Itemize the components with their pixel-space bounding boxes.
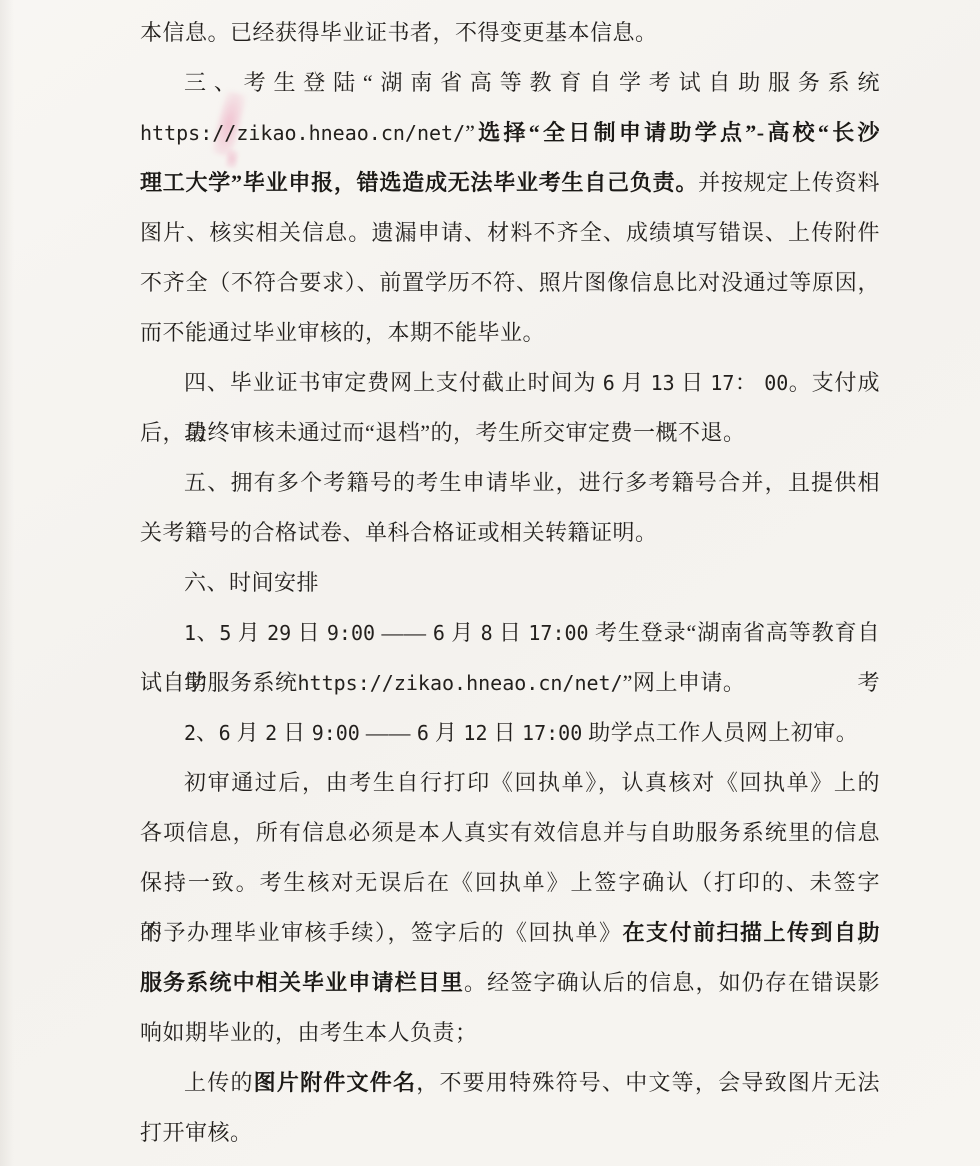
text-line: 而不能通过毕业审核的，本期不能毕业。 [140, 308, 880, 358]
latin-text-segment: 17:00 [528, 621, 588, 645]
text-line: 理工大学”毕业申报，错选造成无法毕业考生自己负责。并按规定上传资料 [140, 158, 880, 208]
text-line: 三、考生登陆“湖南省高等教育自学考试自助服务系统 [140, 58, 880, 108]
cjk-text-segment: 助学点工作人员网上初审。 [582, 720, 858, 745]
cjk-text-segment: ，不要用特殊符号、中文等，会导致图片无法 [416, 1070, 880, 1095]
latin-text-segment: 13 [651, 371, 675, 395]
latin-text-segment: 9:00 [327, 621, 375, 645]
latin-text-segment: 00 [764, 371, 788, 395]
cjk-text-segment: 响如期毕业的，由考生本人负责； [140, 1020, 478, 1045]
cjk-text-segment: —— [360, 720, 417, 745]
latin-text-segment: https://zikao.hneao.cn/net/ [298, 671, 623, 695]
text-line: 上传的图片附件文件名，不要用特殊符号、中文等，会导致图片无法 [140, 1058, 880, 1108]
cjk-text-segment: 日 [493, 620, 529, 645]
cjk-text-segment: 月 [231, 620, 267, 645]
text-line: 打开审核。 [140, 1108, 880, 1158]
cjk-text-segment: 不齐全（不符合要求）、前置学历不符、照片图像信息比对没通过等原因， [140, 270, 880, 295]
latin-text-segment: 17 [710, 371, 734, 395]
cjk-text-segment: 而不能通过毕业审核的，本期不能毕业。 [140, 320, 545, 345]
latin-text-segment: 1 [184, 621, 196, 645]
cjk-text-segment: 本信息。已经获得毕业证书者，不得变更基本信息。 [140, 20, 658, 45]
cjk-text-segment: 、 [196, 620, 219, 645]
cjk-text-segment: 日 [488, 720, 523, 745]
text-line: 保持一致。考生核对无误后在《回执单》上签字确认（打印的、未签字的， [140, 858, 880, 908]
latin-text-segment: 6 [433, 621, 445, 645]
latin-text-segment: 17:00 [522, 721, 582, 745]
text-line: 四、毕业证书审定费网上支付截止时间为 6 月 13 日 17： 00。支付成功 [140, 358, 880, 408]
latin-text-segment: 9:00 [312, 721, 360, 745]
latin-text-segment: 12 [463, 721, 487, 745]
latin-text-segment: 6 [417, 721, 429, 745]
cjk-text-segment: ” [465, 120, 475, 145]
text-line: 六、时间安排 [140, 558, 880, 608]
cjk-text-segment: 。经签字确认后的信息，如仍存在错误影 [464, 970, 880, 995]
cjk-text-segment: ”网上申请。 [623, 670, 746, 695]
cjk-text-segment: 上传的 [184, 1070, 254, 1095]
latin-text-segment: 29 [267, 621, 291, 645]
text-line: 不齐全（不符合要求）、前置学历不符、照片图像信息比对没通过等原因， [140, 258, 880, 308]
latin-text-segment: https://zikao.hneao.cn/net/ [140, 121, 465, 145]
cjk-text-segment: 选择“全日制申请助学点”-高校“长沙 [475, 120, 880, 145]
text-line: 2、6 月 2 日 9:00 —— 6 月 12 日 17:00 助学点工作人员… [140, 708, 880, 758]
latin-text-segment: 5 [219, 621, 231, 645]
cjk-text-segment: 关考籍号的合格试卷、单科合格证或相关转籍证明。 [140, 520, 658, 545]
latin-text-segment: 6 [603, 371, 615, 395]
text-line: 各项信息，所有信息必须是本人真实有效信息并与自助服务系统里的信息 [140, 808, 880, 858]
cjk-text-segment: 服务系统中相关毕业申请栏目里 [140, 970, 464, 995]
latin-text-segment: 2 [184, 721, 196, 745]
cjk-text-segment: 六、时间安排 [184, 570, 319, 595]
cjk-text-segment: 试自助服务系统 [140, 670, 298, 695]
cjk-text-segment: 日 [277, 720, 312, 745]
cjk-text-segment: 各项信息，所有信息必须是本人真实有效信息并与自助服务系统里的信息 [140, 820, 880, 845]
cjk-text-segment: 月 [429, 720, 464, 745]
text-line: 图片、核实相关信息。遗漏申请、材料不齐全、成绩填写错误、上传附件 [140, 208, 880, 258]
text-line: 不予办理毕业审核手续），签字后的《回执单》在支付前扫描上传到自助 [140, 908, 880, 958]
cjk-text-segment: ： [734, 370, 764, 395]
cjk-text-segment: 日 [291, 620, 327, 645]
cjk-text-segment: 图片附件文件名 [254, 1070, 417, 1095]
latin-text-segment: 2 [265, 721, 277, 745]
text-line: https://zikao.hneao.cn/net/”选择“全日制申请助学点”… [140, 108, 880, 158]
text-line: 服务系统中相关毕业申请栏目里。经签字确认后的信息，如仍存在错误影 [140, 958, 880, 1008]
text-line: 五、拥有多个考籍号的考生申请毕业，进行多考籍号合并，且提供相 [140, 458, 880, 508]
cjk-text-segment: 理工大学”毕业申报，错选造成无法毕业考生自己负责。 [140, 170, 698, 195]
cjk-text-segment: 四、毕业证书审定费网上支付截止时间为 [184, 370, 603, 395]
cjk-text-segment: 图片、核实相关信息。遗漏申请、材料不齐全、成绩填写错误、上传附件 [140, 220, 880, 245]
cjk-text-segment: 日 [675, 370, 711, 395]
cjk-text-segment: 打开审核。 [140, 1120, 253, 1145]
latin-text-segment: 6 [219, 721, 231, 745]
cjk-text-segment: 月 [231, 720, 266, 745]
cjk-text-segment: 后，最终审核未通过而“退档”的，考生所交审定费一概不退。 [140, 420, 746, 445]
cjk-text-segment: 在支付前扫描上传到自助 [622, 920, 880, 945]
cjk-text-segment: 月 [615, 370, 651, 395]
cjk-text-segment: 、 [196, 720, 219, 745]
cjk-text-segment: 五、拥有多个考籍号的考生申请毕业，进行多考籍号合并，且提供相 [184, 470, 880, 495]
cjk-text-segment: —— [375, 620, 433, 645]
scanned-document-page: 本信息。已经获得毕业证书者，不得变更基本信息。三、考生登陆“湖南省高等教育自学考… [0, 0, 980, 1166]
cjk-text-segment: 不予办理毕业审核手续），签字后的《回执单》 [140, 920, 622, 945]
text-line: 1、5 月 29 日 9:00 —— 6 月 8 日 17:00 考生登录“湖南… [140, 608, 880, 658]
latin-text-segment: 8 [481, 621, 493, 645]
text-line: 后，最终审核未通过而“退档”的，考生所交审定费一概不退。 [140, 408, 880, 458]
cjk-text-segment: 三、考生登陆“湖南省高等教育自学考试自助服务系统 [184, 70, 880, 95]
cjk-text-segment: 初审通过后，由考生自行打印《回执单》，认真核对《回执单》上的 [184, 770, 880, 795]
text-line: 初审通过后，由考生自行打印《回执单》，认真核对《回执单》上的 [140, 758, 880, 808]
document-body: 本信息。已经获得毕业证书者，不得变更基本信息。三、考生登陆“湖南省高等教育自学考… [140, 8, 880, 1158]
cjk-text-segment: 并按规定上传资料 [698, 170, 880, 195]
text-line: 本信息。已经获得毕业证书者，不得变更基本信息。 [140, 8, 880, 58]
cjk-text-segment: 月 [445, 620, 481, 645]
text-line: 响如期毕业的，由考生本人负责； [140, 1008, 880, 1058]
text-line: 关考籍号的合格试卷、单科合格证或相关转籍证明。 [140, 508, 880, 558]
